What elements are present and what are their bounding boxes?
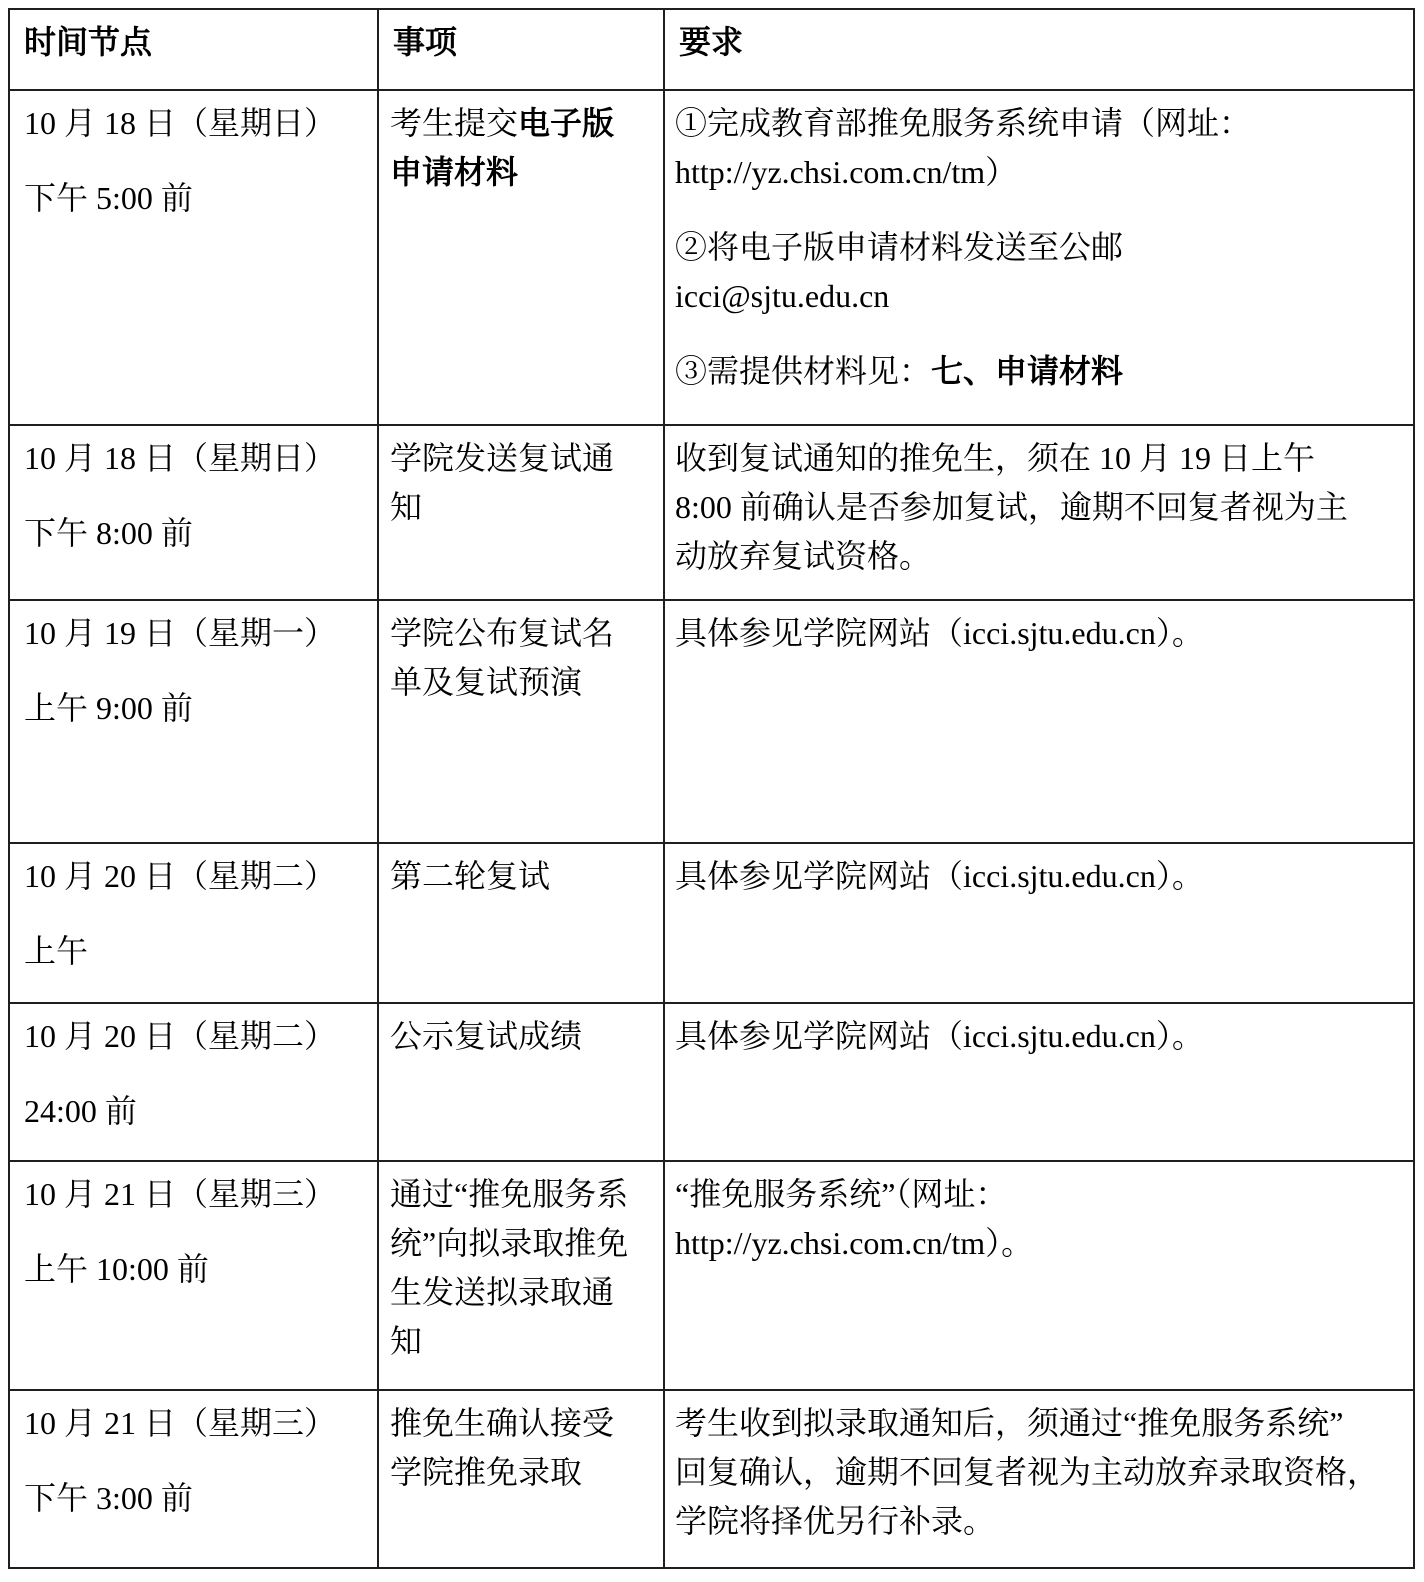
date-text: 10 月 21 日（星期三） <box>24 1399 363 1448</box>
requirement-paragraph: 考生收到拟录取通知后，须通过“推免服务系统” 回复确认，逾期不回复者视为主动放弃… <box>675 1399 1385 1546</box>
requirement-line: 学院将择优另行补录。 <box>675 1497 1385 1546</box>
cell-requirement: “推免服务系统”（网址： http://yz.chsi.com.cn/tm）。 <box>664 1161 1414 1390</box>
schedule-table: 时间节点 事项 要求 10 月 18 日（星期日） 下午 5:00 前 考生提交… <box>8 8 1415 1569</box>
date-text: 10 月 20 日（星期二） <box>24 1012 363 1061</box>
cell-item: 学院发送复试通知 <box>378 425 664 600</box>
item-text: 学院发送复试通知 <box>390 434 635 532</box>
cell-date-time: 10 月 19 日（星期一） 上午 9:00 前 <box>9 600 378 843</box>
header-requirement-label: 要求 <box>679 24 743 60</box>
time-text: 下午 5:00 前 <box>24 174 363 223</box>
header-cell-time: 时间节点 <box>9 9 378 90</box>
header-time-label: 时间节点 <box>24 24 152 60</box>
table-row: 10 月 20 日（星期二） 上午 第二轮复试 具体参见学院网站（icci.sj… <box>9 843 1414 1003</box>
requirement-paragraph-2: ②将电子版申请材料发送至公邮 icci@sjtu.edu.cn <box>675 223 1385 321</box>
cell-date-time: 10 月 20 日（星期二） 24:00 前 <box>9 1003 378 1161</box>
cell-requirement: 具体参见学院网站（icci.sjtu.edu.cn）。 <box>664 843 1414 1003</box>
date-text: 10 月 20 日（星期二） <box>24 852 363 901</box>
email-text: icci@sjtu.edu.cn <box>675 272 1385 321</box>
date-text: 10 月 18 日（星期日） <box>24 434 363 483</box>
cell-date-time: 10 月 20 日（星期二） 上午 <box>9 843 378 1003</box>
requirement-text-bold: 七、申请材料 <box>931 353 1123 389</box>
cell-requirement: 收到复试通知的推免生，须在 10 月 19 日上午 8:00 前确认是否参加复试… <box>664 425 1414 600</box>
requirement-line: ①完成教育部推免服务系统申请（网址： <box>675 99 1385 148</box>
requirement-line: 动放弃复试资格。 <box>675 532 1385 581</box>
table-row: 10 月 19 日（星期一） 上午 9:00 前 学院公布复试名单及复试预演 具… <box>9 600 1414 843</box>
requirement-paragraph: “推免服务系统”（网址： http://yz.chsi.com.cn/tm）。 <box>675 1170 1385 1268</box>
item-text: 通过“推免服务系统”向拟录取推免生发送拟录取通知 <box>390 1170 635 1366</box>
header-cell-requirement: 要求 <box>664 9 1414 90</box>
cell-requirement: 具体参见学院网站（icci.sjtu.edu.cn）。 <box>664 1003 1414 1161</box>
item-text: 公示复试成绩 <box>390 1012 635 1061</box>
header-item-label: 事项 <box>393 24 457 60</box>
item-text: 推免生确认接受学院推免录取 <box>390 1399 635 1497</box>
document-page: 时间节点 事项 要求 10 月 18 日（星期日） 下午 5:00 前 考生提交… <box>0 0 1424 1582</box>
cell-requirement: ①完成教育部推免服务系统申请（网址： http://yz.chsi.com.cn… <box>664 90 1414 425</box>
requirement-line: “推免服务系统”（网址： <box>675 1170 1385 1219</box>
cell-item: 学院公布复试名单及复试预演 <box>378 600 664 843</box>
cell-date-time: 10 月 21 日（星期三） 上午 10:00 前 <box>9 1161 378 1390</box>
cell-item: 推免生确认接受学院推免录取 <box>378 1390 664 1568</box>
header-row: 时间节点 事项 要求 <box>9 9 1414 90</box>
requirement-paragraph-3: ③需提供材料见：七、申请材料 <box>675 347 1385 396</box>
requirement-line: ②将电子版申请材料发送至公邮 <box>675 223 1385 272</box>
time-text: 上午 9:00 前 <box>24 684 363 733</box>
requirement-text: 具体参见学院网站（icci.sjtu.edu.cn）。 <box>675 852 1385 901</box>
table-row: 10 月 21 日（星期三） 下午 3:00 前 推免生确认接受学院推免录取 考… <box>9 1390 1414 1568</box>
item-text: 学院公布复试名单及复试预演 <box>390 609 635 707</box>
requirement-line: 收到复试通知的推免生，须在 10 月 19 日上午 <box>675 434 1385 483</box>
table-row: 10 月 18 日（星期日） 下午 8:00 前 学院发送复试通知 收到复试通知… <box>9 425 1414 600</box>
time-text: 下午 3:00 前 <box>24 1474 363 1523</box>
cell-requirement: 具体参见学院网站（icci.sjtu.edu.cn）。 <box>664 600 1414 843</box>
time-text: 24:00 前 <box>24 1087 363 1136</box>
date-text: 10 月 18 日（星期日） <box>24 99 363 148</box>
table-row: 10 月 18 日（星期日） 下午 5:00 前 考生提交电子版申请材料 ①完成… <box>9 90 1414 425</box>
requirement-paragraph: 收到复试通知的推免生，须在 10 月 19 日上午 8:00 前确认是否参加复试… <box>675 434 1385 581</box>
cell-item: 考生提交电子版申请材料 <box>378 90 664 425</box>
url-text: http://yz.chsi.com.cn/tm）。 <box>675 1219 1385 1268</box>
requirement-text-regular: ③需提供材料见： <box>675 353 931 389</box>
date-text: 10 月 21 日（星期三） <box>24 1170 363 1219</box>
cell-item: 第二轮复试 <box>378 843 664 1003</box>
time-text: 下午 8:00 前 <box>24 509 363 558</box>
cell-requirement: 考生收到拟录取通知后，须通过“推免服务系统” 回复确认，逾期不回复者视为主动放弃… <box>664 1390 1414 1568</box>
requirement-text: 具体参见学院网站（icci.sjtu.edu.cn）。 <box>675 609 1385 658</box>
time-text: 上午 10:00 前 <box>24 1245 363 1294</box>
item-text-regular: 考生提交 <box>390 105 518 141</box>
requirement-line: 回复确认，逾期不回复者视为主动放弃录取资格， <box>675 1448 1385 1497</box>
item-text: 考生提交电子版申请材料 <box>390 99 635 197</box>
header-cell-item: 事项 <box>378 9 664 90</box>
table-row: 10 月 20 日（星期二） 24:00 前 公示复试成绩 具体参见学院网站（i… <box>9 1003 1414 1161</box>
requirement-text: 具体参见学院网站（icci.sjtu.edu.cn）。 <box>675 1012 1385 1061</box>
cell-date-time: 10 月 21 日（星期三） 下午 3:00 前 <box>9 1390 378 1568</box>
requirement-paragraph-1: ①完成教育部推免服务系统申请（网址： http://yz.chsi.com.cn… <box>675 99 1385 197</box>
cell-item: 公示复试成绩 <box>378 1003 664 1161</box>
cell-date-time: 10 月 18 日（星期日） 下午 8:00 前 <box>9 425 378 600</box>
requirement-line: 8:00 前确认是否参加复试，逾期不回复者视为主 <box>675 483 1385 532</box>
item-text: 第二轮复试 <box>390 852 635 901</box>
table-row: 10 月 21 日（星期三） 上午 10:00 前 通过“推免服务系统”向拟录取… <box>9 1161 1414 1390</box>
cell-item: 通过“推免服务系统”向拟录取推免生发送拟录取通知 <box>378 1161 664 1390</box>
cell-date-time: 10 月 18 日（星期日） 下午 5:00 前 <box>9 90 378 425</box>
date-text: 10 月 19 日（星期一） <box>24 609 363 658</box>
url-text: http://yz.chsi.com.cn/tm） <box>675 148 1385 197</box>
requirement-line: 考生收到拟录取通知后，须通过“推免服务系统” <box>675 1399 1385 1448</box>
time-text: 上午 <box>24 927 363 976</box>
